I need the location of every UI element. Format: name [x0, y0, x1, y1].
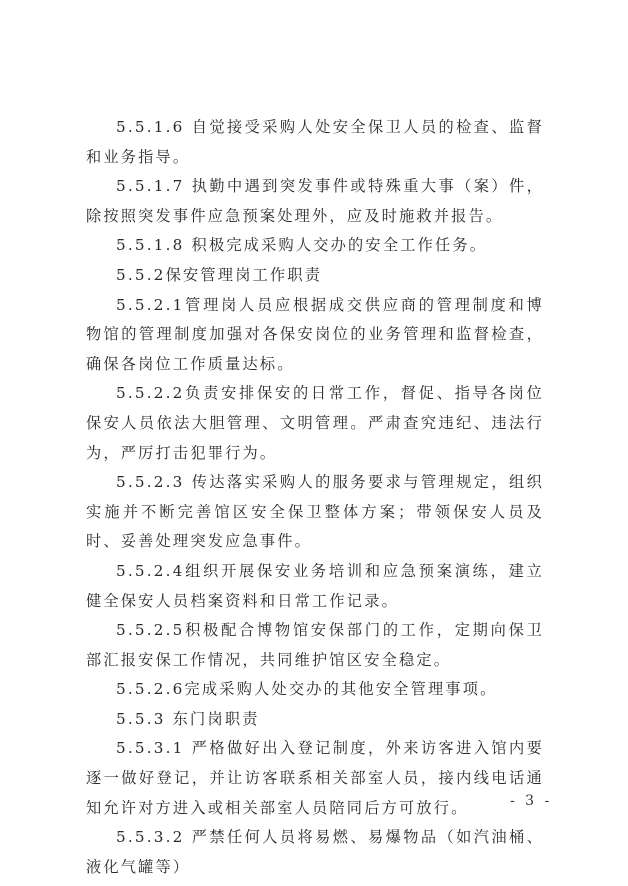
clause-5-5-1-6: 5.5.1.6 自觉接受采购人处安全保卫人员的检查、监督和业务指导。 — [86, 113, 544, 172]
clause-5-5-2-3: 5.5.2.3 传达落实采购人的服务要求与管理规定，组织实施并不断完善馆区安全保… — [86, 468, 544, 557]
clause-5-5-2-1: 5.5.2.1管理岗人员应根据成交供应商的管理制度和博物馆的管理制度加强对各保安… — [86, 291, 544, 380]
clause-5-5-1-7: 5.5.1.7 执勤中遇到突发事件或特殊重大事（案）件，除按照突发事件应急预案处… — [86, 172, 544, 231]
clause-5-5-1-8: 5.5.1.8 积极完成采购人交办的安全工作任务。 — [86, 231, 544, 261]
section-heading-5-5-3: 5.5.3 东门岗职责 — [86, 705, 544, 735]
clause-5-5-2-4: 5.5.2.4组织开展保安业务培训和应急预案演练，建立健全保安人员档案资料和日常… — [86, 557, 544, 616]
clause-5-5-3-1: 5.5.3.1 严格做好出入登记制度，外来访客进入馆内要逐一做好登记，并让访客联… — [86, 734, 544, 823]
clause-5-5-2-2: 5.5.2.2负责安排保安的日常工作，督促、指导各岗位保安人员依法大胆管理、文明… — [86, 379, 544, 468]
section-heading-5-5-2: 5.5.2保安管理岗工作职责 — [86, 261, 544, 291]
page-number: - 3 - — [510, 793, 552, 809]
document-page: 5.5.1.6 自觉接受采购人处安全保卫人员的检查、监督和业务指导。 5.5.1… — [0, 0, 628, 886]
clause-5-5-2-6: 5.5.2.6完成采购人处交办的其他安全管理事项。 — [86, 675, 544, 705]
clause-5-5-3-2: 5.5.3.2 严禁任何人员将易燃、易爆物品（如汽油桶、液化气罐等） — [86, 823, 544, 882]
clause-5-5-2-5: 5.5.2.5积极配合博物馆安保部门的工作，定期向保卫部汇报安保工作情况，共同维… — [86, 616, 544, 675]
document-body: 5.5.1.6 自觉接受采购人处安全保卫人员的检查、监督和业务指导。 5.5.1… — [86, 113, 544, 882]
